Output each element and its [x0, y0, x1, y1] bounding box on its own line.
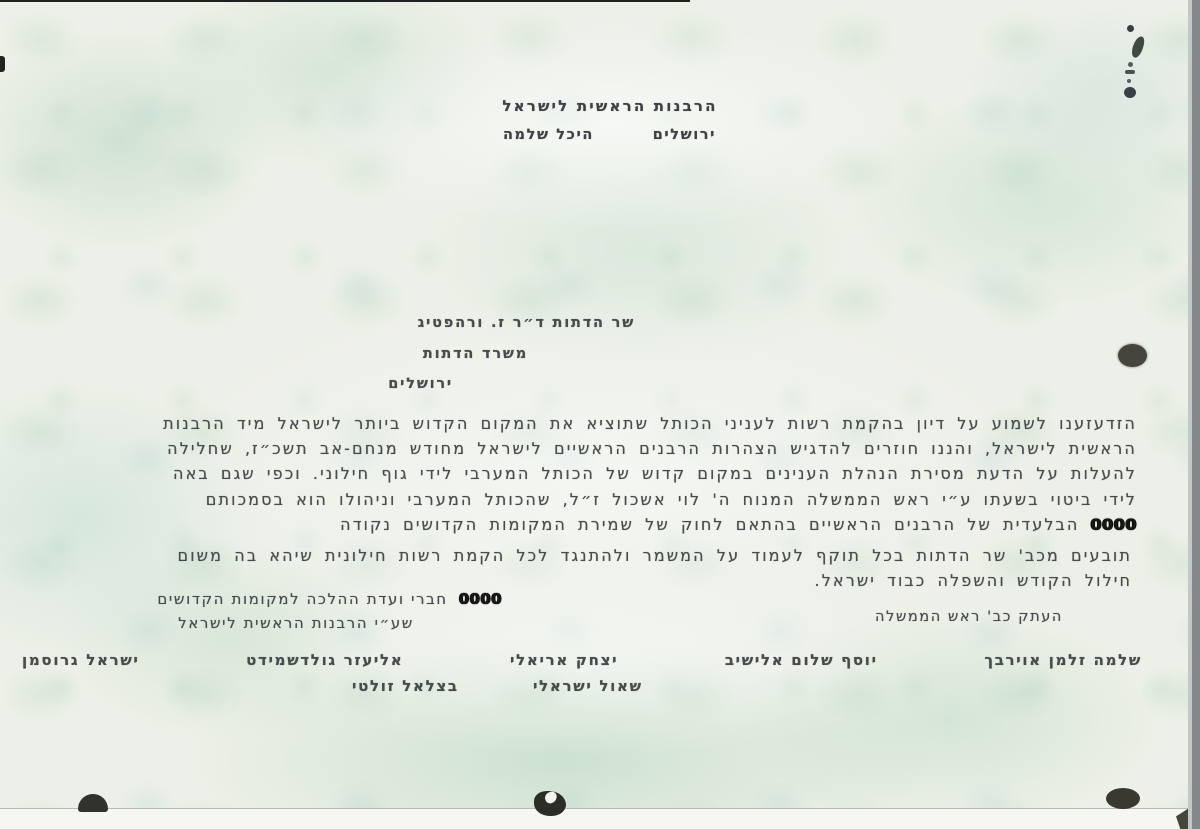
body-line-4: לידי ביטוי בשעתו ע״י ראש הממשלה המנוח ה'… [40, 487, 1137, 512]
signature-name: שאול ישראלי [533, 677, 643, 695]
binder-clip-mark [534, 791, 566, 816]
pen-mark [1127, 25, 1134, 32]
letterhead-city: ירושלים [653, 127, 716, 143]
signature-name: יצחק אריאלי [510, 651, 618, 669]
scanned-letter-page: הרבנות הראשית לישראל ירושלים היכל שלמה ש… [0, 0, 1200, 829]
signature-name: אליעזר גולדשמידט [246, 651, 403, 669]
hole-punch-mark [1118, 344, 1147, 367]
body-line-5-text: הבלעדית של הרבנים הראשיים בהתאם לחוק של … [340, 515, 1079, 534]
body-paragraph-2: תובעים מכב' שר הדתות בכל תוקף לעמוד על ה… [40, 543, 1132, 593]
scan-bottom-edge-strip [0, 808, 1200, 829]
body-line-6: תובעים מכב' שר הדתות בכל תוקף לעמוד על ה… [40, 543, 1132, 568]
body-line-3: להעלות על הדעת מסירת הנהלת הענינים במקום… [40, 461, 1137, 486]
pen-mark [1130, 35, 1146, 59]
binder-clip-mark [1106, 788, 1140, 809]
scan-left-edge-mark [0, 56, 5, 72]
binder-clip-mark [78, 794, 108, 812]
body-paragraph-1: הזדעזענו לשמוע על דיון בהקמת רשות לעניני… [40, 411, 1137, 537]
signature-name: יוסף שלום אלישיב [725, 651, 878, 669]
signatures-row-1: שלמה זלמן אוירבך יוסף שלום אלישיב יצחק א… [22, 651, 1142, 669]
torn-paper-spot [544, 790, 559, 804]
recipient-minister-line: שר הדתות ד״ר ז. ורהפטיג [418, 315, 635, 331]
body-line-7: חילול הקודש והשפלה כבוד ישראל. [40, 568, 1132, 593]
body-line-1: הזדעזענו לשמוע על דיון בהקמת רשות לעניני… [40, 411, 1137, 436]
signature-name: שלמה זלמן אוירבך [984, 651, 1142, 669]
letterhead-building: היכל שלמה [503, 127, 594, 143]
signature-name: בצלאל זולטי [352, 677, 459, 695]
committee-line-1: 0000חברי ועדת ההלכה למקומות הקדושים [58, 591, 502, 608]
committee-line-2: שע״י הרבנות הראשית לישראל [58, 615, 414, 632]
committee-line-1-text: חברי ועדת ההלכה למקומות הקדושים [157, 591, 447, 608]
scan-top-edge-line [0, 0, 690, 2]
copy-to-note: העתק כב' ראש הממשלה [875, 609, 1063, 625]
scan-right-edge [1188, 0, 1200, 829]
typewriter-overstrike-mark: 0000 [1090, 515, 1137, 534]
recipient-city-line: ירושלים [388, 376, 453, 392]
committee-block: 0000חברי ועדת ההלכה למקומות הקדושים שע״י… [58, 591, 502, 632]
body-line-5: 0000הבלעדית של הרבנים הראשיים בהתאם לחוק… [40, 512, 1137, 537]
pen-mark [1125, 70, 1135, 74]
pen-mark [1127, 79, 1131, 83]
typewriter-overstrike-mark: 0000 [459, 591, 502, 608]
signature-name: ישראל גרוסמן [22, 651, 140, 669]
pen-mark [1128, 62, 1133, 67]
body-line-2: הראשית לישראל, והננו חוזרים להדגיש הצהרו… [40, 436, 1137, 461]
letterhead-org-name: הרבנות הראשית לישראל [20, 97, 1200, 115]
recipient-ministry-line: משרד הדתות [423, 346, 528, 362]
letterhead-address-line: ירושלים היכל שלמה [503, 127, 716, 143]
pen-mark [1124, 87, 1136, 98]
